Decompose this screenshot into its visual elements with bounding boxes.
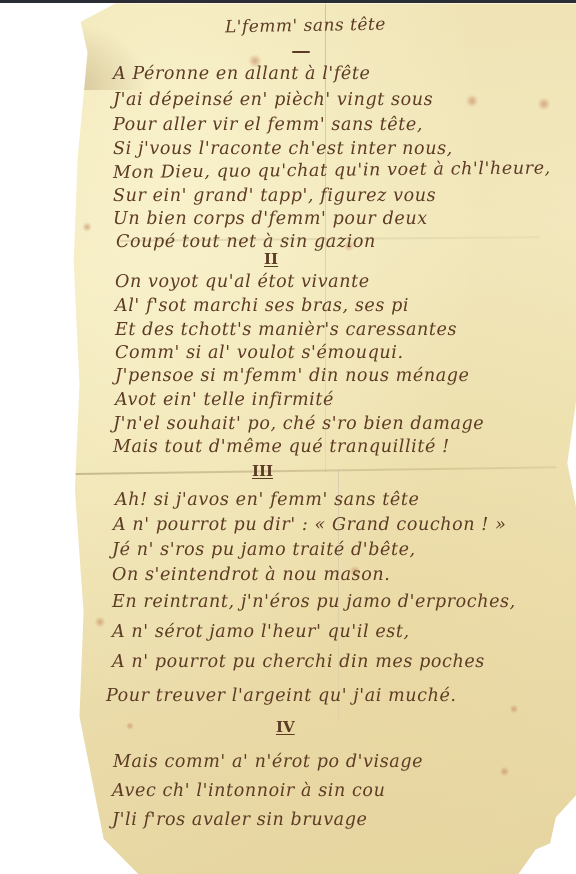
verse-line: Si j'vous l'raconte ch'est inter nous, [113,139,453,159]
verse-line: Mais comm' a' n'érot po d'visage [113,752,423,772]
verse-line: Coupé tout net à sin gazion [116,232,376,252]
verse-line: En reintrant, j'n'éros pu jamo d'erproch… [112,592,516,612]
verse-line: Un bien corps d'femm' pour deux [113,209,428,229]
verse-line: J'li f'ros avaler sin bruvage [112,810,367,830]
title-underline [292,51,310,53]
verse-line: A n' pourrot pu dir' : « Grand couchon !… [113,515,506,535]
verse-line: A n' sérot jamo l'heur' qu'il est, [112,622,410,642]
verse-line: Sur ein' grand' tapp', figurez vous [113,186,436,206]
stanza-numeral: III [252,462,273,480]
verse-line: Et des tchott's manièr's caressantes [115,320,457,340]
verse-line: A n' pourrot pu cherchi din mes poches [112,652,485,672]
verse-line: On voyot qu'al étot vivante [115,272,370,292]
verse-line: J'pensoe si m'femm' din nous ménage [115,366,470,386]
verse-line: Pour aller vir el femm' sans tête, [113,115,423,135]
verse-line: Mais tout d'même qué tranquillité ! [113,437,450,457]
verse-line: Pour treuver l'argeint qu' j'ai muché. [106,686,457,706]
verse-line: J'n'el souhait' po, ché s'ro bien damage [113,414,484,434]
manuscript-text: L'femm' sans tête A Péronne en allant à … [0,0,576,874]
stanza-numeral: IV [276,718,295,736]
verse-line: On s'eintendrot à nou mason. [112,565,390,585]
verse-line: Avec ch' l'intonnoir à sin cou [112,781,385,801]
verse-line: A Péronne en allant à l'fête [113,64,370,84]
verse-line: Ah! si j'avos en' femm' sans tête [115,490,419,510]
verse-line: Mon Dieu, quo qu'chat qu'in voet à ch'l'… [113,158,551,183]
verse-line: J'ai dépeinsé en' pièch' vingt sous [113,90,433,110]
poem-title: L'femm' sans tête [225,15,386,38]
verse-line: Al' f'sot marchi ses bras, ses pi [115,296,409,316]
verse-line: Jé n' s'ros pu jamo traité d'bête, [112,540,416,560]
stanza-numeral: II [264,250,278,268]
verse-line: Avot ein' telle infirmité [115,390,334,410]
verse-line: Comm' si al' voulot s'émouqui. [115,343,404,363]
